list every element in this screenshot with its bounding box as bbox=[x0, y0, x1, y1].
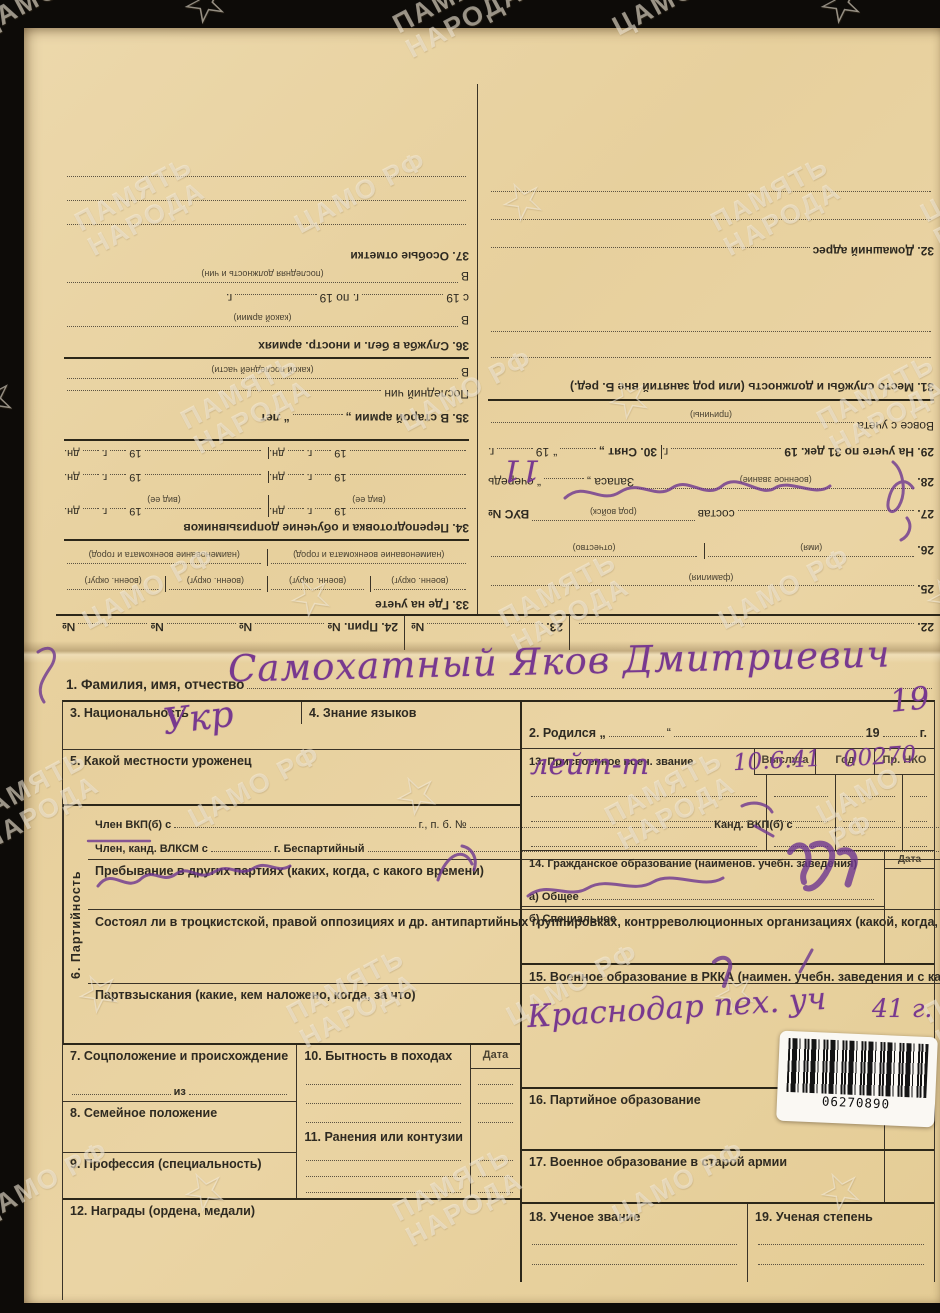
field-22-label: 22. bbox=[917, 620, 934, 634]
field-9-label: 9. Профессия (специальность) bbox=[63, 1153, 296, 1199]
field-27-row: 27. состав (род войск) ВУС № bbox=[488, 507, 934, 543]
rows-7-to-11: 7. Соцположение и происхождение из 8. Се… bbox=[63, 1045, 520, 1200]
field-8-label: 8. Семейное положение bbox=[63, 1102, 296, 1153]
field-31-label: 31. Место службы и должность (или род за… bbox=[488, 380, 934, 401]
last-unit-row: В(какой последней части) bbox=[64, 365, 469, 387]
front-left-column: 3. Национальность 4. Знание языков 5. Ка… bbox=[62, 700, 520, 1300]
field-5-label: 5. Какой местности уроженец bbox=[63, 750, 520, 806]
field-25-caption: (фамилия) bbox=[488, 573, 934, 582]
field-28-row: 28. (военное звание) Запаса „“ очередь bbox=[488, 475, 934, 507]
back-left-column: 25. (фамилия) 26. (имя) (отчество) 27. с… bbox=[478, 84, 940, 614]
field-6-side-label: 6. Партийность bbox=[63, 806, 88, 1043]
handwritten-vus-number: 11 bbox=[502, 452, 540, 487]
field-32-row: 32. Домашний адрес bbox=[488, 244, 934, 270]
dotted-line bbox=[579, 623, 914, 626]
field-10-lines bbox=[297, 1069, 520, 1126]
dotted-line bbox=[427, 623, 543, 626]
retraining-row-2: 19г.дн. 19г.дн. bbox=[64, 471, 469, 495]
field-11-label: 11. Ранения или контузии bbox=[297, 1126, 470, 1148]
barcode-sticker: 06270890 bbox=[776, 1031, 938, 1128]
number-sign: № bbox=[411, 620, 424, 634]
handwritten-nationality: Укр bbox=[161, 694, 236, 743]
field-10-label: 10. Бытность в походах bbox=[297, 1045, 470, 1069]
field-37-label: 37. Особые отметки bbox=[64, 245, 469, 263]
back-right-column: 33. Где на учете (военн. округ) (военн. … bbox=[56, 84, 478, 614]
retraining-row-3: 19г.дн. 19г.дн. bbox=[64, 447, 469, 471]
form-back-rotated: 22. 23.№ 24. Прип. №№№№ 25. (фамилия) 26… bbox=[56, 84, 940, 650]
field-12-label: 12. Награды (ордена, медали) bbox=[63, 1200, 520, 1300]
party-section: 6. Партийность Член ВКП(б) сг., п. б. №К… bbox=[63, 806, 520, 1045]
field-23-label: 23. bbox=[546, 620, 563, 634]
field-33-okrug-row: (военн. округ) (военн. округ) (военн. ок… bbox=[64, 576, 469, 592]
field-35-row: 35. В старой армии „“ лет bbox=[64, 411, 469, 441]
last-position-row: В(последняя должность и чин) bbox=[64, 269, 469, 291]
handwritten-rank-date: 10.6.41 bbox=[732, 746, 821, 777]
handwritten-school-year: 41 г. bbox=[872, 994, 932, 1023]
field-33-label: 33. Где на учете bbox=[64, 592, 469, 612]
field-7-label: 7. Соцположение и происхождение bbox=[63, 1045, 296, 1078]
field-2-row: 2. Родился „“19г. bbox=[522, 702, 934, 749]
handwritten-birth-year: 19 bbox=[888, 680, 931, 720]
field-13-lines bbox=[522, 775, 934, 850]
watermark-star-icon: ☆ bbox=[0, 368, 25, 431]
field-14a-row: а) Общее bbox=[522, 885, 884, 907]
removed-from-register-row: Вовсе с учета bbox=[488, 419, 934, 445]
field-14-label: 14. Гражданское образование (наименов. у… bbox=[522, 851, 884, 885]
field-11-lines bbox=[297, 1148, 520, 1196]
field-7-iz-row: из bbox=[63, 1078, 296, 1102]
field-4-label: 4. Знание языков bbox=[301, 702, 520, 724]
field-24-label: 24. Прип. № bbox=[327, 620, 398, 634]
field-33-military-office-row: (наименование военкомата и город) (наиме… bbox=[64, 549, 469, 565]
barcode-bars bbox=[786, 1038, 928, 1098]
field-14-block: 14. Гражданское образование (наименов. у… bbox=[522, 851, 934, 965]
field-1-label: 1. Фамилия, имя, отчество bbox=[66, 677, 244, 692]
row-3-4: 3. Национальность 4. Знание языков bbox=[63, 702, 520, 750]
field-10-date-header: Дата bbox=[470, 1045, 520, 1069]
field-29-30-row: 29. На учете по 31 дек. 19г. 30. Снят „“… bbox=[488, 445, 934, 475]
handwritten-order-number: 00270 bbox=[842, 741, 917, 772]
field-14-date-column: Дата bbox=[884, 851, 934, 963]
field-34-label: 34. Переподготовка и обучение допризывни… bbox=[64, 517, 469, 541]
field-14b-row: б) Специальное bbox=[522, 907, 884, 955]
field-25-row: 25. bbox=[488, 582, 934, 612]
rows-18-19: 18. Ученое звание 19. Ученая степень bbox=[522, 1204, 934, 1282]
field-18-cell: 18. Ученое звание bbox=[522, 1204, 747, 1282]
field-36-label: 36. Служба в бел. и иностр. армиях bbox=[64, 335, 469, 359]
service-years-row: с 19г. по 19г. bbox=[226, 291, 469, 313]
retraining-row-1: 19г.дн.(вид ее) 19г.дн.(вид ее) bbox=[64, 495, 469, 517]
scanned-military-record-card: 22. 23.№ 24. Прип. №№№№ 25. (фамилия) 26… bbox=[0, 0, 940, 1313]
last-rank-row: Последний чин bbox=[64, 387, 469, 411]
vus-label: ВУС № bbox=[488, 507, 529, 521]
handwritten-rank: лейт-т bbox=[530, 747, 649, 781]
field-26-row: 26. (имя) (отчество) bbox=[488, 543, 934, 573]
field-19-cell: 19. Ученая степень bbox=[747, 1204, 934, 1282]
which-army-row: В(какой армии) bbox=[64, 313, 469, 335]
field-17-label: 17. Военное образование в старой армии bbox=[522, 1151, 884, 1202]
dotted-line bbox=[255, 623, 324, 626]
field-17-block: 17. Военное образование в старой армии bbox=[522, 1151, 934, 1204]
